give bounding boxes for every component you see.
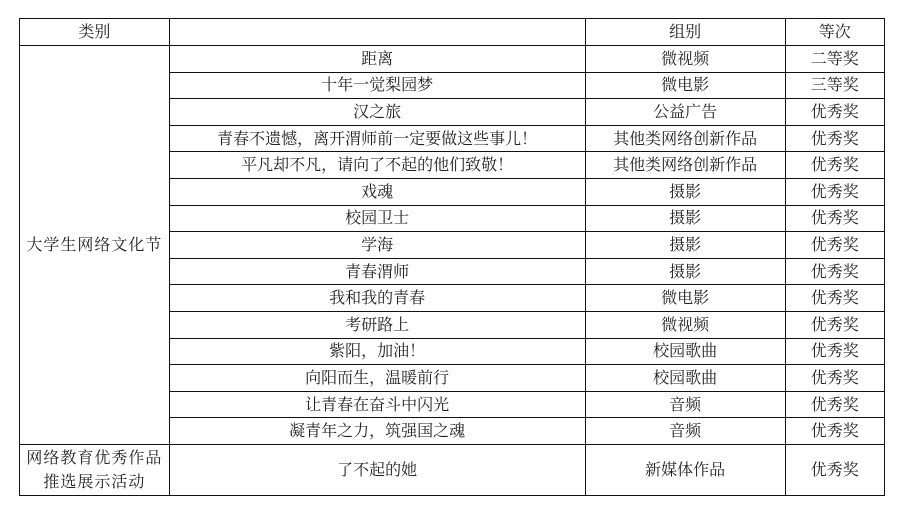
group-cell: 摄影 [585, 258, 785, 285]
header-category: 类别 [20, 19, 170, 46]
title-cell: 学海 [169, 232, 585, 259]
rank-cell: 优秀奖 [785, 178, 884, 205]
group-cell: 公益广告 [585, 99, 785, 126]
title-cell: 平凡却不凡，请向了不起的他们致敬！ [169, 152, 585, 179]
group-cell: 音频 [585, 391, 785, 418]
header-rank: 等次 [785, 19, 884, 46]
awards-table: 类别 组别 等次 大学生网络文化节 距离 微视频 二等奖 十年一觉梨园梦 微电影… [19, 18, 885, 496]
header-group: 组别 [585, 19, 785, 46]
title-cell: 青春渭师 [169, 258, 585, 285]
group-cell: 微视频 [585, 46, 785, 73]
rank-cell: 三等奖 [785, 72, 884, 99]
table-header-row: 类别 组别 等次 [20, 19, 885, 46]
rank-cell: 优秀奖 [785, 205, 884, 232]
table-row: 网络教育优秀作品推选展示活动 了不起的她 新媒体作品 优秀奖 [20, 444, 885, 495]
category-cell: 大学生网络文化节 [20, 46, 170, 445]
title-cell: 紫阳，加油！ [169, 338, 585, 365]
group-cell: 微电影 [585, 285, 785, 312]
rank-cell: 优秀奖 [785, 311, 884, 338]
title-cell: 距离 [169, 46, 585, 73]
category-cell: 网络教育优秀作品推选展示活动 [20, 444, 170, 495]
title-cell: 戏魂 [169, 178, 585, 205]
title-cell: 考研路上 [169, 311, 585, 338]
group-cell: 校园歌曲 [585, 338, 785, 365]
title-cell: 青春不遗憾，离开渭师前一定要做这些事儿！ [169, 125, 585, 152]
group-cell: 微电影 [585, 72, 785, 99]
rank-cell: 优秀奖 [785, 444, 884, 495]
title-cell: 汉之旅 [169, 99, 585, 126]
title-cell: 凝青年之力，筑强国之魂 [169, 418, 585, 445]
rank-cell: 优秀奖 [785, 418, 884, 445]
rank-cell: 优秀奖 [785, 232, 884, 259]
title-cell: 十年一觉梨园梦 [169, 72, 585, 99]
group-cell: 微视频 [585, 311, 785, 338]
rank-cell: 优秀奖 [785, 338, 884, 365]
rank-cell: 优秀奖 [785, 365, 884, 392]
title-cell: 让青春在奋斗中闪光 [169, 391, 585, 418]
group-cell: 其他类网络创新作品 [585, 125, 785, 152]
title-cell: 了不起的她 [169, 444, 585, 495]
group-cell: 摄影 [585, 232, 785, 259]
rank-cell: 优秀奖 [785, 285, 884, 312]
rank-cell: 优秀奖 [785, 391, 884, 418]
rank-cell: 优秀奖 [785, 99, 884, 126]
group-cell: 摄影 [585, 205, 785, 232]
rank-cell: 优秀奖 [785, 258, 884, 285]
rank-cell: 二等奖 [785, 46, 884, 73]
group-cell: 摄影 [585, 178, 785, 205]
rank-cell: 优秀奖 [785, 125, 884, 152]
group-cell: 其他类网络创新作品 [585, 152, 785, 179]
header-title [169, 19, 585, 46]
title-cell: 我和我的青春 [169, 285, 585, 312]
group-cell: 校园歌曲 [585, 365, 785, 392]
table-row: 大学生网络文化节 距离 微视频 二等奖 [20, 46, 885, 73]
group-cell: 新媒体作品 [585, 444, 785, 495]
title-cell: 向阳而生，温暖前行 [169, 365, 585, 392]
group-cell: 音频 [585, 418, 785, 445]
rank-cell: 优秀奖 [785, 152, 884, 179]
title-cell: 校园卫士 [169, 205, 585, 232]
